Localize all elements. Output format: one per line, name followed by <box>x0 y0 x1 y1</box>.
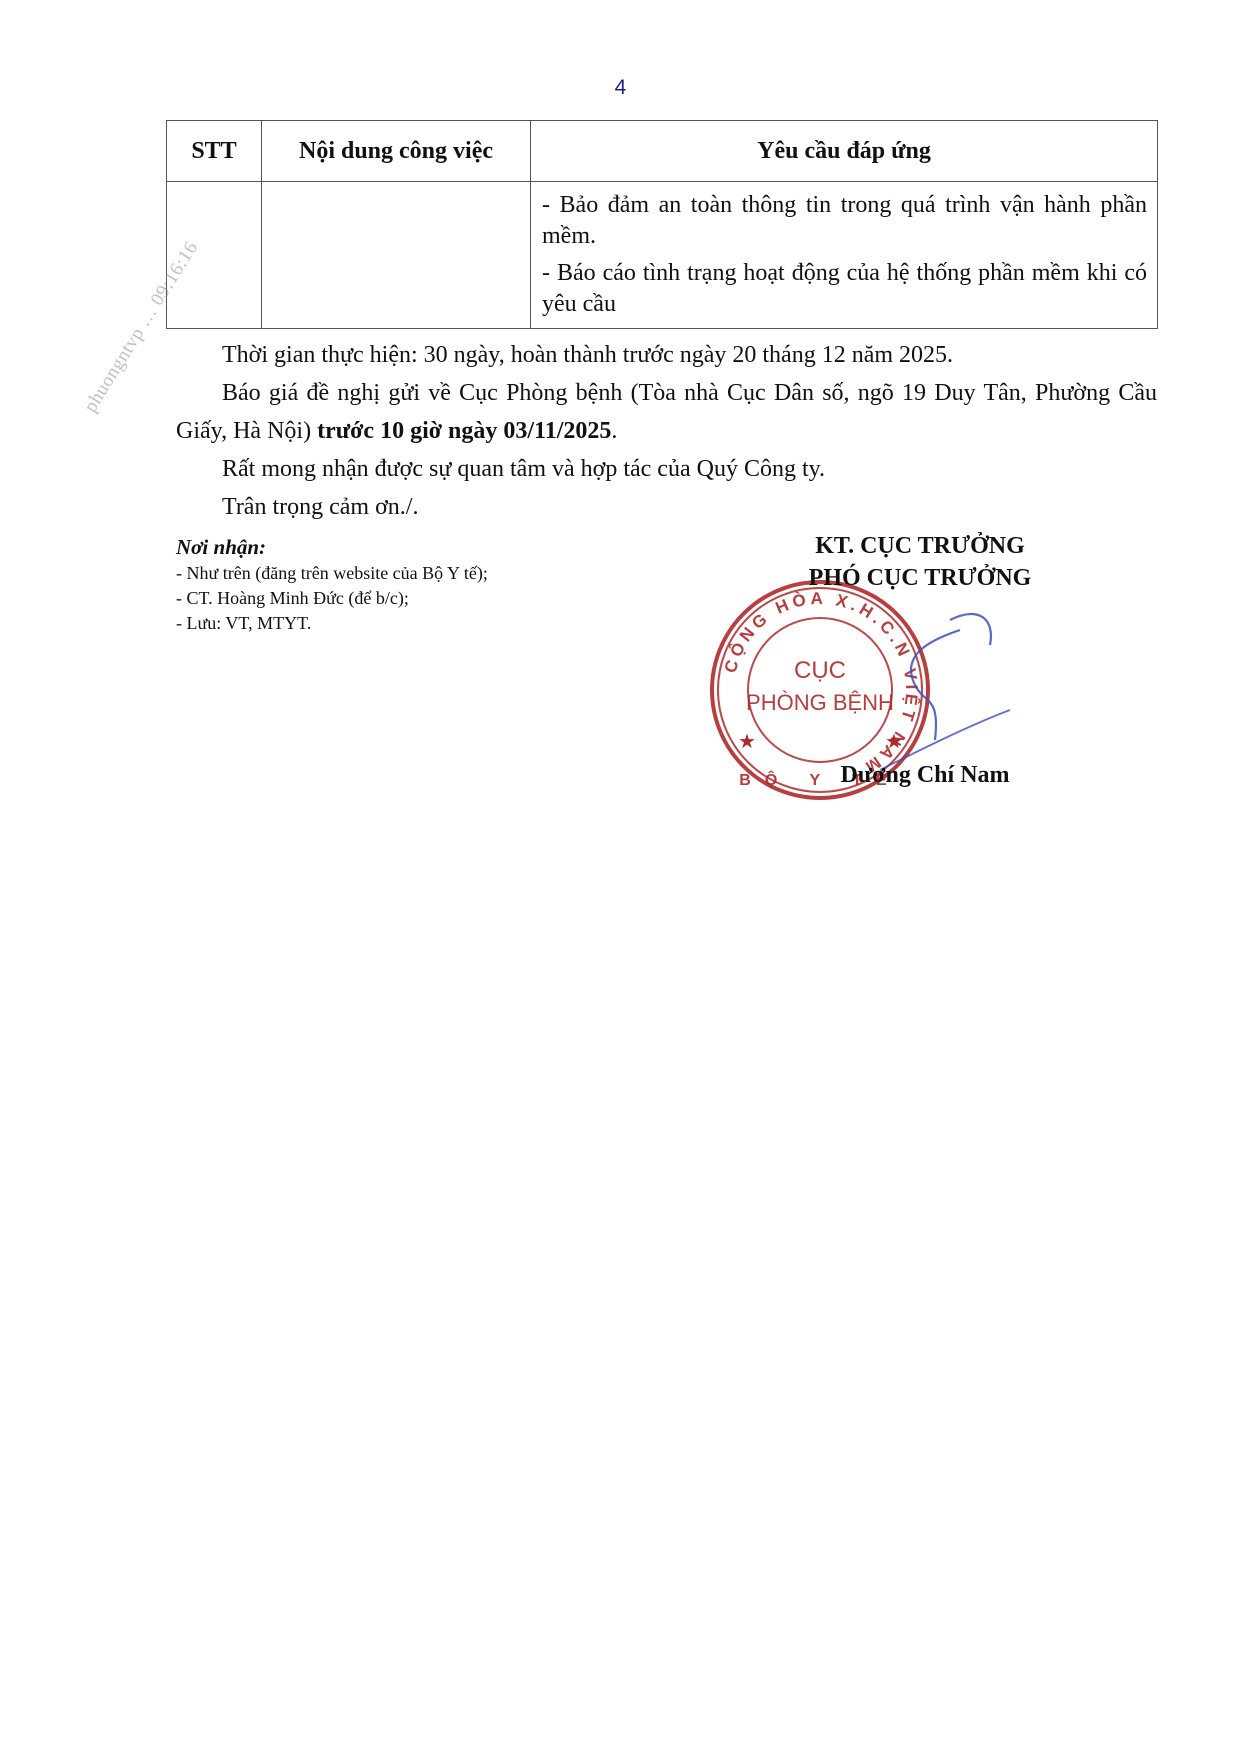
signer-title-line1: KT. CỤC TRƯỞNG <box>760 530 1080 562</box>
quote-deadline: trước 10 giờ ngày 03/11/2025 <box>317 418 611 444</box>
hope-paragraph: Rất mong nhận được sự quan tâm và hợp tá… <box>176 450 1157 488</box>
recipient-item: - Như trên (đăng trên website của Bộ Y t… <box>176 561 488 586</box>
requirement-item: - Bảo đảm an toàn thông tin trong quá tr… <box>542 190 1147 252</box>
cell-content <box>262 182 531 329</box>
header-content: Nội dung công việc <box>262 121 531 182</box>
header-requirements: Yêu cầu đáp ứng <box>531 121 1158 182</box>
requirements-table: STT Nội dung công việc Yêu cầu đáp ứng -… <box>166 120 1158 329</box>
letter-body: Thời gian thực hiện: 30 ngày, hoàn thành… <box>176 336 1157 526</box>
recipient-item: - CT. Hoàng Minh Đức (để b/c); <box>176 586 488 611</box>
header-stt: STT <box>167 121 262 182</box>
recipients-title: Nơi nhận: <box>176 533 488 561</box>
signer-name: Dương Chí Nam <box>760 762 1090 789</box>
requirement-item: - Báo cáo tình trạng hoạt động của hệ th… <box>542 258 1147 320</box>
table-row: - Bảo đảm an toàn thông tin trong quá tr… <box>167 182 1158 329</box>
recipients-block: Nơi nhận: - Như trên (đăng trên website … <box>176 533 488 636</box>
timeline-paragraph: Thời gian thực hiện: 30 ngày, hoàn thành… <box>176 336 1157 374</box>
handwritten-signature <box>860 600 1020 780</box>
recipient-item: - Lưu: VT, MTYT. <box>176 611 488 636</box>
stamp-center-line1: CỤC <box>794 657 846 684</box>
quote-end: . <box>611 418 617 444</box>
page-number: 4 <box>0 76 1241 100</box>
quote-paragraph: Báo giá đề nghị gửi về Cục Phòng bệnh (T… <box>176 374 1157 450</box>
thanks-paragraph: Trân trọng cảm ơn./. <box>176 488 1157 526</box>
signer-title: KT. CỤC TRƯỞNG PHÓ CỤC TRƯỞNG <box>760 530 1080 594</box>
cell-requirements: - Bảo đảm an toàn thông tin trong quá tr… <box>531 182 1158 329</box>
table-header-row: STT Nội dung công việc Yêu cầu đáp ứng <box>167 121 1158 182</box>
signer-title-line2: PHÓ CỤC TRƯỞNG <box>760 562 1080 594</box>
star-icon: ★ <box>738 731 756 753</box>
